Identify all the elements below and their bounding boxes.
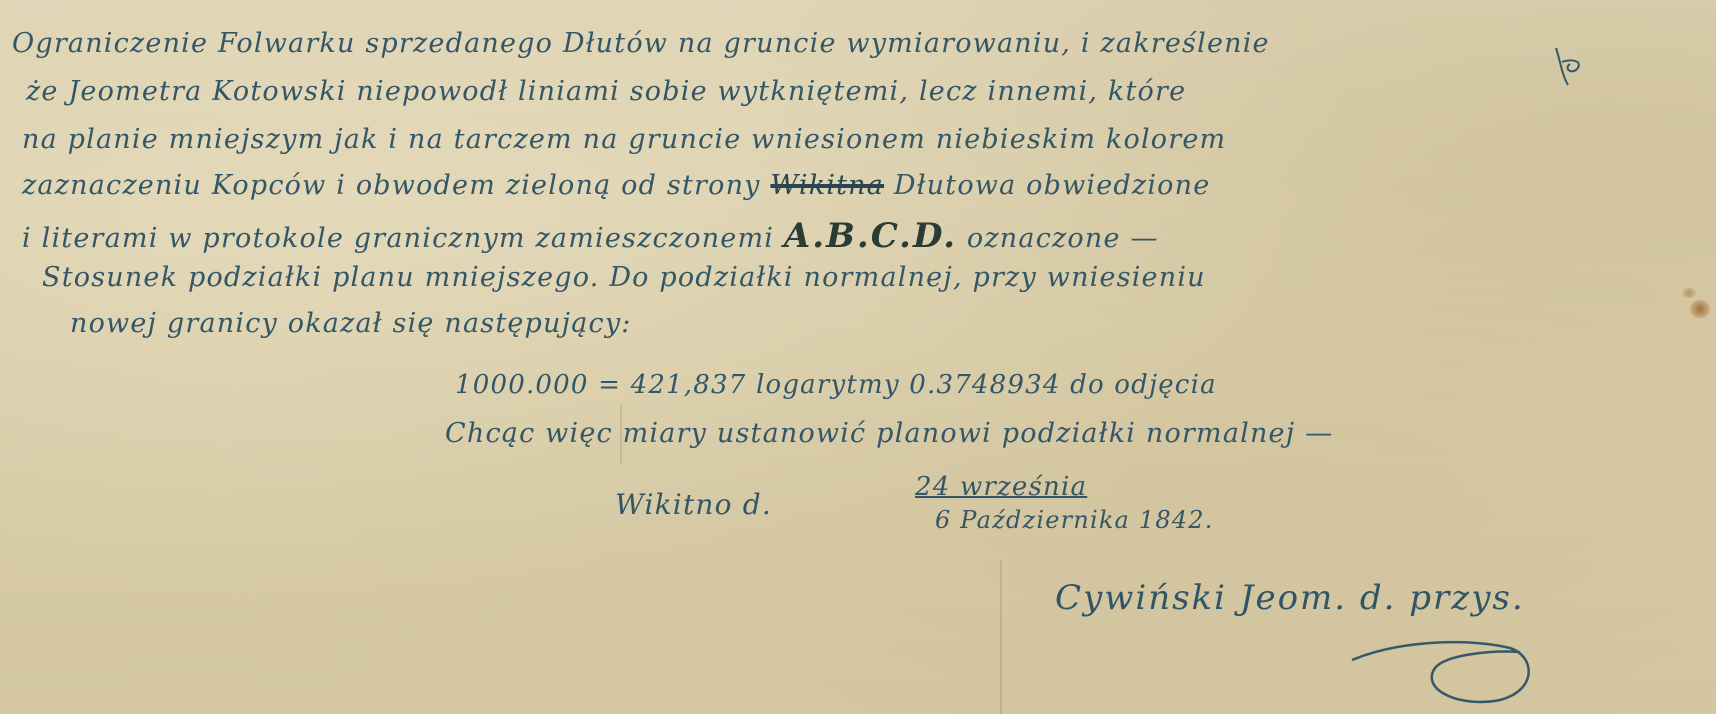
paper-crease (1000, 560, 1002, 714)
boundary-letters: A.B.C.D. (784, 216, 957, 256)
manuscript-line-2: że Jeometra Kotowski niepowodł liniami s… (26, 76, 1186, 107)
manuscript-line-6: Stosunek podziałki planu mniejszego. Do … (42, 262, 1206, 293)
line-end-flourish-icon (1550, 40, 1600, 90)
signature-flourish-icon (1340, 600, 1540, 710)
manuscript-line-5: i literami w protokole granicznym zamies… (22, 216, 1159, 256)
dateline-day-month: 24 września (915, 472, 1087, 502)
manuscript-line-3: na planie mniejszym jak i na tarczem na … (22, 124, 1226, 155)
line-5-end: oznaczone — (967, 223, 1159, 254)
ink-stain (1682, 288, 1696, 298)
line-4-start: zaznaczeniu Kopców i obwodem zieloną od … (22, 170, 761, 201)
ink-stain (1690, 300, 1710, 318)
dateline-place: Wikitno d. (615, 488, 772, 521)
dateline-alt-month-year: 6 Października 1842. (935, 506, 1214, 534)
manuscript-line-1: Ograniczenie Folwarku sprzedanego Dłutów… (12, 28, 1270, 59)
logarithm-calculation: 1000.000 = 421,837 logarytmy 0.3748934 d… (455, 370, 1217, 400)
manuscript-line-9: Chcąc więc miary ustanowić planowi podzi… (445, 418, 1333, 449)
manuscript-line-4: zaznaczeniu Kopców i obwodem zieloną od … (22, 170, 1210, 201)
manuscript-line-7: nowej granicy okazał się następujący: (70, 308, 632, 339)
line-5-start: i literami w protokole granicznym zamies… (22, 223, 774, 254)
line-4-end: Dłutowa obwiedzione (894, 170, 1211, 201)
manuscript-page: Ograniczenie Folwarku sprzedanego Dłutów… (0, 0, 1716, 714)
struck-through-word: Wikitna (770, 170, 884, 201)
